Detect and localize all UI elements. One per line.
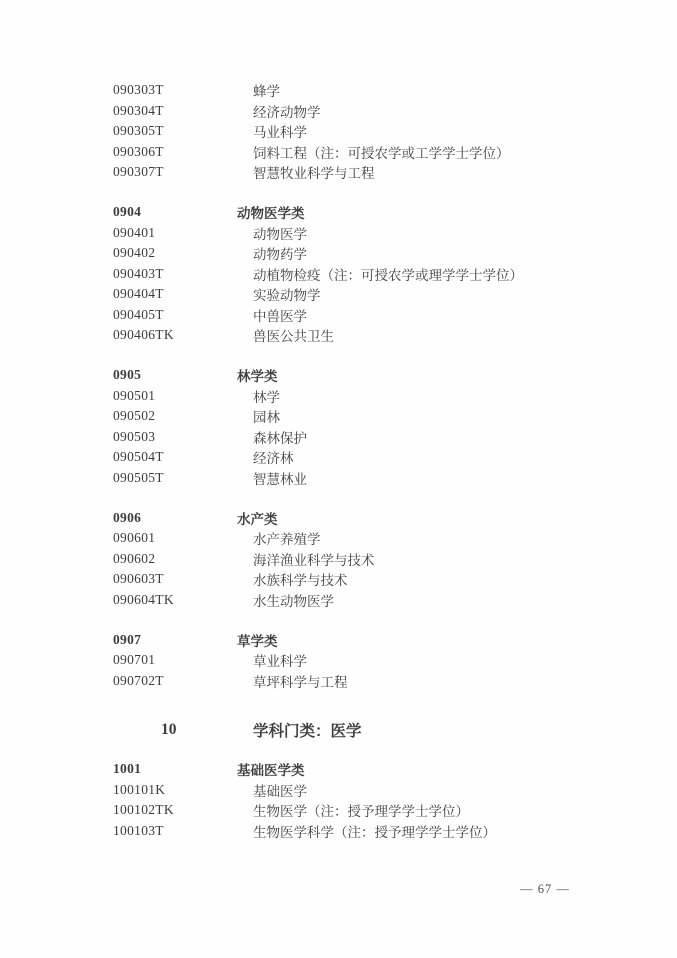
major-name: 饲料工程（注：可授农学或工学学士学位）	[253, 142, 647, 162]
major-code: 090306T	[113, 144, 253, 160]
major-code: 090604TK	[113, 592, 253, 608]
major-name: 基础医学	[253, 780, 647, 800]
major-code: 090406TK	[113, 327, 253, 343]
major-code: 090402	[113, 245, 253, 261]
category-name: 基础医学类	[237, 759, 647, 779]
major-name: 水生动物医学	[253, 590, 647, 610]
major-code: 100103T	[113, 823, 253, 839]
major-name: 智慧牧业科学与工程	[253, 162, 647, 182]
major-row: 090501林学	[113, 386, 647, 407]
category-name: 林学类	[237, 365, 647, 385]
major-code: 090403T	[113, 266, 253, 282]
major-code: 090603T	[113, 571, 253, 587]
major-code: 090701	[113, 652, 253, 668]
major-name: 兽医公共卫生	[253, 325, 647, 345]
major-name: 生物医学科学（注：授予理学学士学位）	[253, 821, 647, 841]
major-code: 090401	[113, 225, 253, 241]
category-name: 水产类	[237, 508, 647, 528]
major-name: 动植物检疫（注：可授农学或理学学士学位）	[253, 264, 647, 284]
major-row: 090307T智慧牧业科学与工程	[113, 162, 647, 183]
major-row: 090601水产养殖学	[113, 528, 647, 549]
major-name: 生物医学（注：授予理学学士学位）	[253, 800, 647, 820]
major-row: 090505T智慧林业	[113, 468, 647, 489]
category-row: 0905林学类	[113, 365, 647, 386]
major-row: 090306T饲料工程（注：可授农学或工学学士学位）	[113, 142, 647, 163]
catalog: 090303T蜂学090304T经济动物学090305T马业科学090306T饲…	[113, 80, 647, 841]
major-code: 090305T	[113, 123, 253, 139]
category-row: 0907草学类	[113, 630, 647, 651]
major-row: 090406TK兽医公共卫生	[113, 325, 647, 346]
major-code: 090404T	[113, 286, 253, 302]
category-code: 0907	[113, 632, 237, 648]
major-row: 090504T经济林	[113, 447, 647, 468]
major-row: 090503森林保护	[113, 427, 647, 448]
major-code: 090504T	[113, 449, 253, 465]
major-row: 090502园林	[113, 406, 647, 427]
major-code: 090405T	[113, 307, 253, 323]
division-number: 10	[161, 721, 253, 739]
page-number: — 67 —	[480, 882, 610, 897]
major-row: 090403T动植物检疫（注：可授农学或理学学士学位）	[113, 264, 647, 285]
major-row: 090405T中兽医学	[113, 305, 647, 326]
major-name: 经济林	[253, 447, 647, 467]
major-code: 090304T	[113, 103, 253, 119]
major-name: 林学	[253, 386, 647, 406]
major-row: 090305T马业科学	[113, 121, 647, 142]
category-row: 1001基础医学类	[113, 759, 647, 780]
major-name: 动物医学	[253, 223, 647, 243]
major-row: 100101K基础医学	[113, 780, 647, 801]
major-code: 090501	[113, 388, 253, 404]
major-code: 090502	[113, 408, 253, 424]
major-row: 090604TK水生动物医学	[113, 590, 647, 611]
category-row: 0906水产类	[113, 508, 647, 529]
major-name: 智慧林业	[253, 468, 647, 488]
major-row: 100103T生物医学科学（注：授予理学学士学位）	[113, 821, 647, 842]
division-row: 10学科门类：医学	[113, 717, 647, 743]
major-name: 中兽医学	[253, 305, 647, 325]
major-code: 090702T	[113, 673, 253, 689]
major-row: 090402动物药学	[113, 243, 647, 264]
major-name: 水产养殖学	[253, 528, 647, 548]
major-name: 园林	[253, 406, 647, 426]
major-code: 090303T	[113, 82, 253, 98]
category-name: 动物医学类	[237, 202, 647, 222]
major-name: 海洋渔业科学与技术	[253, 549, 647, 569]
major-name: 草坪科学与工程	[253, 671, 647, 691]
category-code: 1001	[113, 761, 237, 777]
major-row: 090303T蜂学	[113, 80, 647, 101]
major-row: 100102TK生物医学（注：授予理学学士学位）	[113, 800, 647, 821]
major-code: 090505T	[113, 470, 253, 486]
major-code: 100101K	[113, 782, 253, 798]
major-code: 090307T	[113, 164, 253, 180]
major-code: 100102TK	[113, 802, 253, 818]
major-row: 090701草业科学	[113, 650, 647, 671]
major-name: 水族科学与技术	[253, 569, 647, 589]
category-row: 0904动物医学类	[113, 202, 647, 223]
major-code: 090601	[113, 530, 253, 546]
category-code: 0904	[113, 204, 237, 220]
major-row: 090304T经济动物学	[113, 101, 647, 122]
major-row: 090602海洋渔业科学与技术	[113, 549, 647, 570]
major-row: 090702T草坪科学与工程	[113, 671, 647, 692]
major-name: 蜂学	[253, 80, 647, 100]
category-code: 0905	[113, 367, 237, 383]
major-name: 森林保护	[253, 427, 647, 447]
category-code: 0906	[113, 510, 237, 526]
major-name: 经济动物学	[253, 101, 647, 121]
major-code: 090503	[113, 429, 253, 445]
division-title: 学科门类：医学	[253, 719, 647, 741]
document-page: 090303T蜂学090304T经济动物学090305T马业科学090306T饲…	[0, 0, 677, 958]
major-name: 马业科学	[253, 121, 647, 141]
major-name: 实验动物学	[253, 284, 647, 304]
major-code: 090602	[113, 551, 253, 567]
major-name: 草业科学	[253, 650, 647, 670]
major-name: 动物药学	[253, 243, 647, 263]
major-row: 090401动物医学	[113, 223, 647, 244]
major-row: 090404T实验动物学	[113, 284, 647, 305]
major-row: 090603T水族科学与技术	[113, 569, 647, 590]
category-name: 草学类	[237, 630, 647, 650]
